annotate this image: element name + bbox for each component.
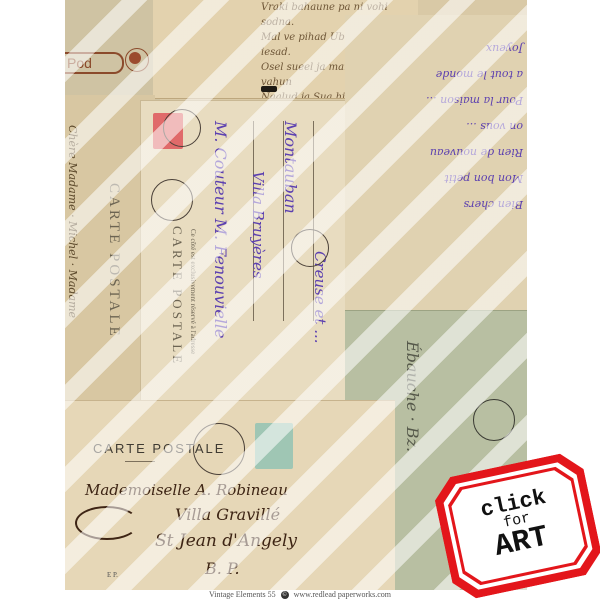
footer-credit: Vintage Elements 55 © www.redlead paperw… xyxy=(0,590,600,599)
postcard-bottom: CARTE POSTALE Mademoiselle A. Robineau V… xyxy=(65,400,395,590)
postcard-fragment-top-left: Pod xyxy=(65,0,160,108)
badge-label-art: ART xyxy=(492,522,551,563)
emblem-dot-icon xyxy=(129,52,141,64)
postcard-purple-letter: Bien chers Mon bon petit Rien de nouveau… xyxy=(345,15,527,315)
address-line: St Jean d'Angely xyxy=(155,531,297,551)
footer-site-link[interactable]: www.redlead paperworks.com xyxy=(294,590,391,599)
divider xyxy=(125,461,155,462)
postmark xyxy=(193,423,245,475)
postmark xyxy=(163,109,201,147)
flourish xyxy=(75,506,139,540)
letter-text: Bien chers Mon bon petit Rien de nouveau… xyxy=(353,35,523,217)
address-notice: Ce côté est exclusivement réservé à l'ad… xyxy=(189,229,197,354)
printer-mark: E P. xyxy=(107,571,118,579)
address-line: M. Couteur M. Fenouvielle xyxy=(211,121,230,339)
green-stamp xyxy=(255,423,293,469)
postmark xyxy=(151,179,193,221)
postcard-center: CARTE POSTALE Ce côté est exclusivement … xyxy=(140,100,347,402)
carte-postale-label: CARTE POSTALE xyxy=(105,183,122,339)
copyright-icon: © xyxy=(281,591,289,599)
brand-emblem: Pod xyxy=(65,52,124,74)
carte-postale-label: CARTE POSTALE xyxy=(169,226,185,366)
pencil-handwriting: Ébauche · Bz. xyxy=(405,341,420,452)
footer-title: Vintage Elements 55 xyxy=(209,590,276,599)
ink-blot xyxy=(261,86,277,92)
address-line: Villa Bruyères xyxy=(249,171,267,279)
postmark xyxy=(291,229,329,267)
address-line: B. P. xyxy=(205,559,240,578)
postmark xyxy=(473,399,515,441)
address-line: Mademoiselle A. Robineau xyxy=(85,481,288,499)
handwriting: Chère Madame · Michel · Madame xyxy=(65,125,80,318)
address-line: Villa Gravillé xyxy=(175,505,280,524)
address-line: Montauban xyxy=(281,121,300,214)
